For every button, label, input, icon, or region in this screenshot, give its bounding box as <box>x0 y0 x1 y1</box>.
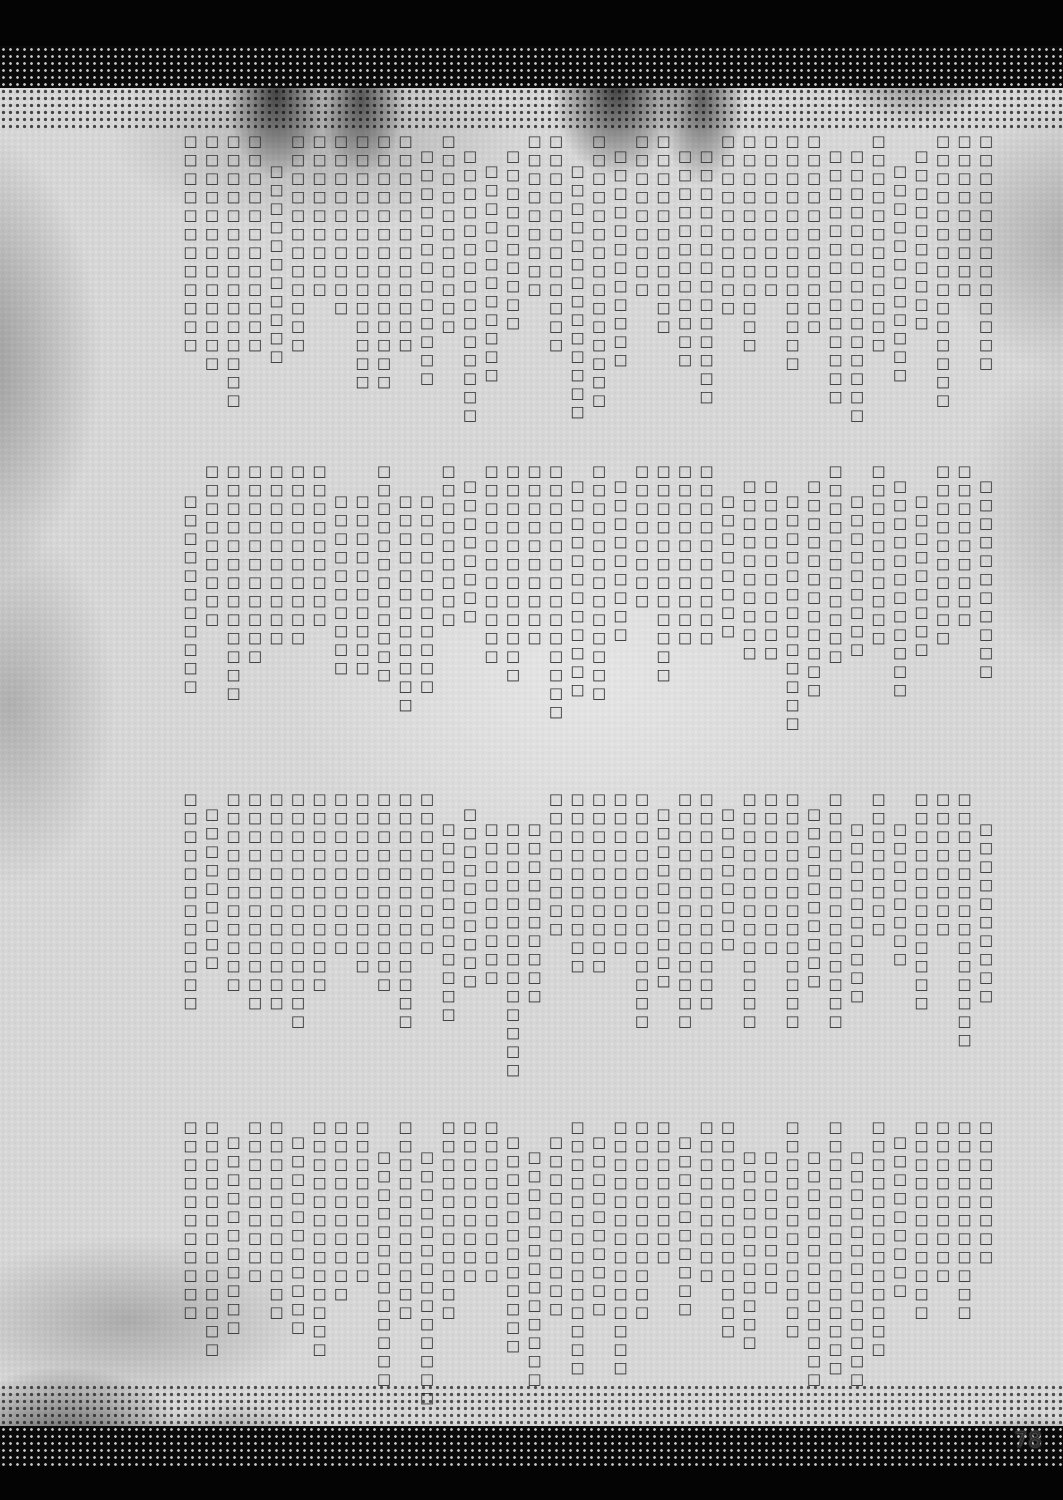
redacted-text-column: □□□□□□□□□□□□□□ <box>566 132 588 454</box>
redacted-text-column: □□□□□□□□□□ <box>330 462 352 784</box>
redacted-text-column: □□□□□□□□□□□□ <box>803 462 825 784</box>
redacted-text-column: □□□□□□□□□□ <box>588 1118 610 1440</box>
redacted-text-column: □□□□□□□□ <box>631 462 653 784</box>
redacted-text-column: □□□□□□□□□□ <box>265 462 287 784</box>
redacted-text-column: □□□□□□□□□□ <box>523 790 545 1112</box>
redacted-text-column: □□□□□□□□□□□□ <box>695 790 717 1112</box>
redacted-text-column: □□□□□□□□□ <box>523 132 545 454</box>
redacted-text-column: □□□□□□□□□□□□□ <box>416 132 438 454</box>
halftone-border-top <box>0 0 1063 150</box>
redacted-text-column: □□□□□□□□□□□□□ <box>201 1118 223 1440</box>
redacted-text-column: □□□□□□□□□□ <box>803 790 825 1112</box>
redacted-text-column: □□□□□□□□□□□□ <box>394 132 416 454</box>
redacted-text-column: □□□□□□□□□□□□□□ <box>824 132 846 454</box>
redacted-text-column: □□□□□□□□□□□□ <box>717 1118 739 1440</box>
redacted-text-column: □□□□□□□□□□□□□ <box>631 790 653 1112</box>
redacted-text-column: □□□□□□□□□□□ <box>373 790 395 1112</box>
redacted-text-column: □□□□□□□□□□□□□□ <box>824 1118 846 1440</box>
redacted-text-column: □□□□□□□□□□□□□ <box>588 462 610 784</box>
redacted-text-column: □□□□□□□□□□□ <box>824 462 846 784</box>
halftone-dots-light-top <box>0 88 1063 132</box>
redacted-text-column: □□□□□□□□□□□□ <box>889 132 911 454</box>
redacted-text-column: □□□□□□□□□□ <box>459 790 481 1112</box>
redacted-text-column: □□□□□□□□□□□□ <box>244 790 266 1112</box>
redacted-text-column: □□□□□□□□□□□ <box>394 1118 416 1440</box>
redacted-text-column: □□□□□□□□□□ <box>738 462 760 784</box>
redacted-text-column: □□□□□□□□□ <box>201 790 223 1112</box>
redacted-text-column: □□□□□□□□□□□□□ <box>201 132 223 454</box>
redacted-text-column: □□□□□□□□□□□□ <box>244 132 266 454</box>
redacted-text-column: □□□□□□□□□ <box>201 462 223 784</box>
redacted-text-column: □□□□□□□□ <box>867 790 889 1112</box>
redacted-text-column: □□□□□□□□□□ <box>287 462 309 784</box>
redacted-text-column: □□□□□□□□□□□□ <box>609 132 631 454</box>
redacted-text-column: □□□□□□□□□□□□□ <box>523 1118 545 1440</box>
solid-black-strip-top <box>0 0 1063 46</box>
redacted-text-column: □□□□□□□□□□□ <box>416 462 438 784</box>
redacted-text-column: □□□□□□□□□□□□□□ <box>695 132 717 454</box>
redacted-text-column: □□□□□□□□□□□ <box>437 1118 459 1440</box>
redacted-text-column: □□□□□□□□□□□□□ <box>781 462 803 784</box>
redacted-text-column: □□□□□□□□□□□□ <box>910 790 932 1112</box>
redacted-text-column: □□□□□□□□□□□ <box>480 462 502 784</box>
redacted-text-column: □□□□□□□□□□□□ <box>179 132 201 454</box>
redacted-text-column: □□□□□□□□□□□□ <box>394 462 416 784</box>
redacted-text-column: □□□□□□□□□□□□□□ <box>566 1118 588 1440</box>
redacted-text-column: □□□□□□□□□□□ <box>910 1118 932 1440</box>
redacted-text-column: □□□□□□□□□□□ <box>265 1118 287 1440</box>
redacted-text-column: □□□□□□□□□□□□□ <box>674 790 696 1112</box>
redacted-text-column: □□□□□□□□ <box>717 462 739 784</box>
redacted-text-column: □□□□□□□□□□ <box>695 462 717 784</box>
text-band-4-redacted: □□□□□□□□□□□□□□□□□□□□□□□□□□□□□□□□□□□□□□□□… <box>168 1118 996 1440</box>
redacted-text-column: □□□□□□□□□□□ <box>437 132 459 454</box>
redacted-text-column: □□□□□□□□□□□□ <box>502 462 524 784</box>
redacted-text-column: □□□□□□□□□□□□ <box>480 132 502 454</box>
redacted-text-column: □□□□□□□□□□ <box>975 790 997 1112</box>
redacted-text-column: □□□□□□□□□ <box>480 1118 502 1440</box>
redacted-text-column: □□□□□□□□ <box>717 790 739 1112</box>
redacted-text-column: □□□□□□□□□□□□ <box>545 132 567 454</box>
redacted-text-column: □□□□□□□□□ <box>480 790 502 1112</box>
redacted-text-column: □□□□□□□□□□□□□□□ <box>222 132 244 454</box>
redacted-text-column: □□□□□□□□□□□□□ <box>738 790 760 1112</box>
redacted-text-column: □□□□□□□□□□ <box>330 132 352 454</box>
redacted-text-column: □□□□□□□□□□□□□ <box>781 790 803 1112</box>
redacted-text-column: □□□□□□□□□□□□□ <box>308 1118 330 1440</box>
redacted-text-column: □□□□□□□□□□ <box>566 790 588 1112</box>
redacted-text-column: □□□□□□□□□ <box>953 462 975 784</box>
solid-black-strip-bottom <box>0 1466 1063 1500</box>
redacted-text-column: □□□□□□□□□□□ <box>222 1118 244 1440</box>
redacted-text-column: □□□□□□□□□ <box>308 462 330 784</box>
redacted-text-column: □□□□□□□□□□□ <box>652 132 674 454</box>
redacted-text-column: □□□□□□□□□□□□□ <box>846 1118 868 1440</box>
redacted-text-column: □□□□□□□□□ <box>953 132 975 454</box>
text-band-1-redacted: □□□□□□□□□□□□□□□□□□□□□□□□□□□□□□□□□□□□□□□□… <box>168 132 996 454</box>
redacted-text-column: □□□□□□□□□ <box>846 462 868 784</box>
page-number: 78 <box>1014 1428 1043 1452</box>
redacted-text-column: □□□□□□□□ <box>545 790 567 1112</box>
redacted-text-column: □□□□□□□□□□ <box>545 1118 567 1440</box>
redacted-text-column: □□□□□□□□□□ <box>330 1118 352 1440</box>
redacted-text-column: □□□□□□□□□□□□ <box>287 132 309 454</box>
redacted-text-column: □□□□□□□□ <box>889 790 911 1112</box>
redacted-text-column: □□□□□□□□□□□ <box>308 790 330 1112</box>
redacted-text-column: □□□□□□□□□□□□□□ <box>609 1118 631 1440</box>
redacted-text-column: □□□□□□□□□□ <box>351 790 373 1112</box>
redacted-text-column: □□□□□□□□□□ <box>846 790 868 1112</box>
redacted-text-column: □□□□□□□□□□□□ <box>566 462 588 784</box>
redacted-text-column: □□□□□□□□□ <box>459 1118 481 1440</box>
redacted-text-column: □□□□□□□□□□□□□□□ <box>459 132 481 454</box>
redacted-text-column: □□□□□□□□□ <box>308 132 330 454</box>
redacted-text-column: □□□□□□□□ <box>760 1118 782 1440</box>
redacted-text-column: □□□□□□□□□ <box>330 790 352 1112</box>
redacted-text-column: □□□□□□□□□□□ <box>631 1118 653 1440</box>
redacted-text-column: □□□□□□□□□□ <box>910 132 932 454</box>
halftone-dots-dark-top <box>0 46 1063 88</box>
redacted-text-column: □□□□□□□□□□□□□□ <box>373 132 395 454</box>
redacted-text-column: □□□□□□□□□□ <box>652 790 674 1112</box>
redacted-text-column: □□□□□□□□□ <box>695 1118 717 1440</box>
book-page: □□□□□□□□□□□□□□□□□□□□□□□□□□□□□□□□□□□□□□□□… <box>0 0 1063 1500</box>
redacted-text-column: □□□□□□□□□□ <box>523 462 545 784</box>
redacted-text-column: □□□□□□□□□□□□□□ <box>953 790 975 1112</box>
redacted-text-column: □□□□□□□□□□□ <box>265 132 287 454</box>
redacted-text-column: □□□□□□□□□ <box>351 1118 373 1440</box>
redacted-text-column: □□□□□□□□□□□□ <box>179 790 201 1112</box>
redacted-text-column: □□□□□□□□□□□□□□ <box>416 1118 438 1440</box>
redacted-text-column: □□□□□□□□□□ <box>351 462 373 784</box>
redacted-text-column: □□□□□□□□□□□□□ <box>287 790 309 1112</box>
redacted-text-column: □□□□□□□□□□□ <box>287 1118 309 1440</box>
redacted-text-column: □□□□□□□□□ <box>760 132 782 454</box>
redacted-text-column: □□□□□□□□□□□□ <box>781 1118 803 1440</box>
text-band-3-redacted: □□□□□□□□□□□□□□□□□□□□□□□□□□□□□□□□□□□□□□□□… <box>168 790 996 1112</box>
redacted-text-column: □□□□□□□□□□□□□ <box>394 790 416 1112</box>
redacted-text-column: □□□□□□□□□□ <box>760 462 782 784</box>
redacted-text-column: □□□□□□□□□□ <box>674 1118 696 1440</box>
redacted-text-column: □□□□□□□□□□□□ <box>373 462 395 784</box>
redacted-text-column: □□□□□□□□□□□ <box>953 1118 975 1440</box>
redacted-text-column: □□□□□□□□□□ <box>674 462 696 784</box>
redacted-text-column: □□□□□□□□□□□□ <box>502 1118 524 1440</box>
redacted-text-column: □□□□□□□□□□□□ <box>652 462 674 784</box>
redacted-text-column: □□□□□□□□□□ <box>717 132 739 454</box>
redacted-text-column: □□□□□□□□□□ <box>867 462 889 784</box>
redacted-text-column: □□□□□□□□□□□□□ <box>867 1118 889 1440</box>
redacted-text-column: □□□□□□□□□□□□ <box>674 132 696 454</box>
redacted-text-column: □□□□□□□□□□□ <box>975 462 997 784</box>
redacted-text-column: □□□□□□□□□□□ <box>437 790 459 1112</box>
redacted-text-column: □□□□□□□□□ <box>910 462 932 784</box>
redacted-text-column: □□□□□□□□□□□□□ <box>975 132 997 454</box>
redacted-text-column: □□□□□□□□□□□□ <box>867 132 889 454</box>
redacted-text-column: □□□□□□□□□□ <box>588 790 610 1112</box>
redacted-text-column: □□□□□□□□ <box>975 1118 997 1440</box>
redacted-text-column: □□□□□□□□ <box>652 1118 674 1440</box>
redacted-text-column: □□□□□□□□□ <box>631 132 653 454</box>
redacted-text-column: □□□□□□□□□□□ <box>738 1118 760 1440</box>
redacted-text-column: □□□□□□□□□□ <box>502 132 524 454</box>
redacted-text-column: □□□□□□□□□□□□□ <box>824 790 846 1112</box>
redacted-text-column: □□□□□□□□□□□□□□ <box>351 132 373 454</box>
redacted-text-column: □□□□□□□□□□□□□□ <box>545 462 567 784</box>
redacted-text-column: □□□□□□□□□ <box>889 1118 911 1440</box>
redacted-text-column: □□□□□□□□□ <box>609 790 631 1112</box>
redacted-text-column: □□□□□□□□□□□□□ <box>781 132 803 454</box>
redacted-text-column: □□□□□□□□□□□□ <box>738 132 760 454</box>
redacted-text-column: □□□□□□□□□ <box>437 462 459 784</box>
redacted-text-column: □□□□□□□□□□□ <box>222 790 244 1112</box>
redacted-text-column: □□□□□□□□□□□□□ <box>803 1118 825 1440</box>
redacted-text-column: □□□□□□□□□□□□□□ <box>502 790 524 1112</box>
redacted-text-column: □□□□□□□□□ <box>416 790 438 1112</box>
redacted-text-column: □□□□□□□□□ <box>932 1118 954 1440</box>
redacted-text-column: □□□□□□□□□□□ <box>244 462 266 784</box>
redacted-text-column: □□□□□□□□□□□□□ <box>222 462 244 784</box>
redacted-text-column: □□□□□□□□□□□□ <box>889 462 911 784</box>
redacted-text-column: □□□□□□□□□□□□ <box>265 790 287 1112</box>
text-band-2-redacted: □□□□□□□□□□□□□□□□□□□□□□□□□□□□□□□□□□□□□□□□… <box>168 462 996 784</box>
redacted-text-column: □□□□□□□□□□□ <box>179 462 201 784</box>
redacted-text-column: □□□□□□□□□□□ <box>803 132 825 454</box>
redacted-text-column: □□□□□□□□□ <box>244 1118 266 1440</box>
redacted-text-column: □□□□□□□□□□□□□ <box>373 1118 395 1440</box>
redacted-text-column: □□□□□□□□ <box>932 790 954 1112</box>
redacted-text-column: □□□□□□□□□ <box>609 462 631 784</box>
redacted-text-column: □□□□□□□□□□□ <box>179 1118 201 1440</box>
redacted-text-column: □□□□□□□□□□□□□□□ <box>588 132 610 454</box>
redacted-text-column: □□□□□□□□□□ <box>932 462 954 784</box>
redacted-text-column: □□□□□□□□□□□□□□□ <box>932 132 954 454</box>
redacted-text-column: □□□□□□□□□□□□□□□ <box>846 132 868 454</box>
redacted-text-column: □□□□□□□□□ <box>760 790 782 1112</box>
redacted-text-column: □□□□□□□□ <box>459 462 481 784</box>
